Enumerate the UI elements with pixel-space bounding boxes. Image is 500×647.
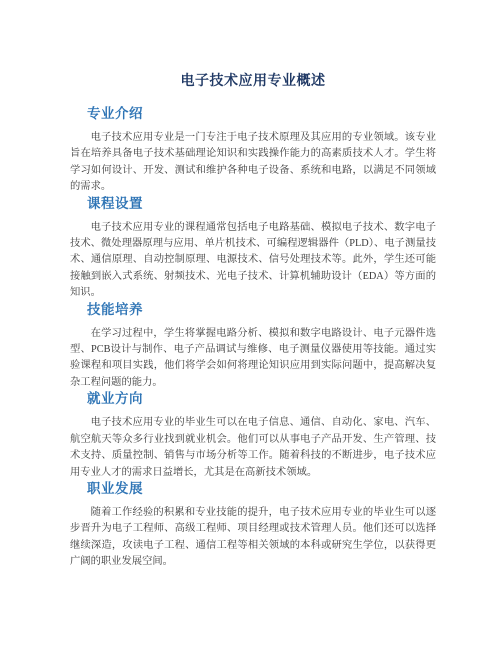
section-employment: 就业方向 电子技术应用专业的毕业生可以在电子信息、通信、自动化、家电、汽车、航空… — [70, 391, 436, 481]
section-heading-curriculum: 课程设置 — [87, 196, 436, 212]
section-body-skill-training: 在学习过程中，学生将掌握电路分析、模拟和数字电路设计、电子元器件选型、PCB设计… — [70, 326, 436, 392]
section-body-curriculum: 电子技术应用专业的课程通常包括电子电路基础、模拟电子技术、数字电子技术、微处理器… — [70, 220, 436, 302]
document-page: 电子技术应用专业概述 专业介绍 电子技术应用专业是一门专注于电子技术原理及其应用… — [0, 0, 500, 647]
section-skill-training: 技能培养 在学习过程中，学生将掌握电路分析、模拟和数字电路设计、电子元器件选型、… — [70, 302, 436, 392]
section-body-major-intro: 电子技术应用专业是一门专注于电子技术原理及其应用的专业领域。该专业旨在培养具备电… — [70, 130, 436, 196]
section-body-employment: 电子技术应用专业的毕业生可以在电子信息、通信、自动化、家电、汽车、航空航天等众多… — [70, 415, 436, 481]
section-body-career-development: 随着工作经验的积累和专业技能的提升，电子技术应用专业的毕业生可以逐步晋升为电子工… — [70, 505, 436, 571]
section-career-development: 职业发展 随着工作经验的积累和专业技能的提升，电子技术应用专业的毕业生可以逐步晋… — [70, 481, 436, 571]
section-curriculum: 课程设置 电子技术应用专业的课程通常包括电子电路基础、模拟电子技术、数字电子技术… — [70, 196, 436, 302]
section-heading-employment: 就业方向 — [87, 391, 436, 407]
document-title: 电子技术应用专业概述 — [70, 72, 436, 92]
section-heading-major-intro: 专业介绍 — [87, 106, 436, 122]
section-heading-skill-training: 技能培养 — [87, 302, 436, 318]
section-heading-career-development: 职业发展 — [87, 481, 436, 497]
section-major-intro: 专业介绍 电子技术应用专业是一门专注于电子技术原理及其应用的专业领域。该专业旨在… — [70, 106, 436, 196]
